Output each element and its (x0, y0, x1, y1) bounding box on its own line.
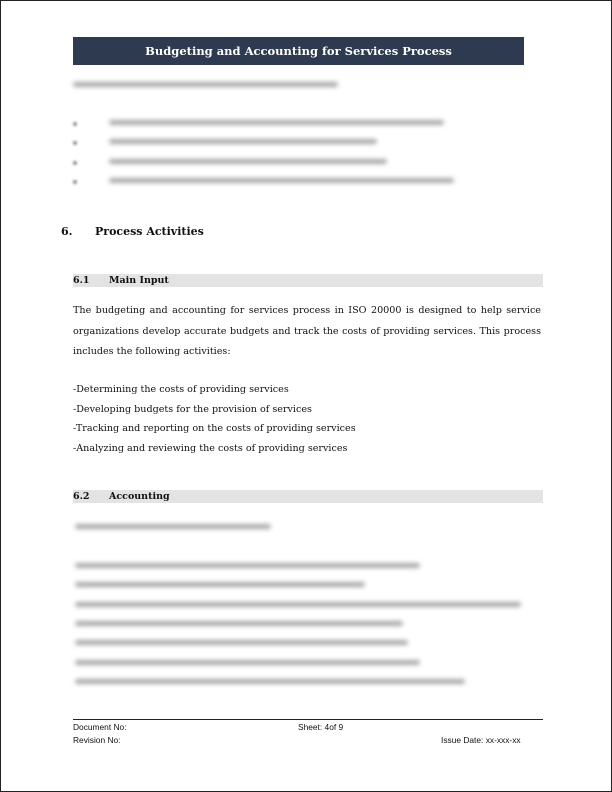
revision-number-label: Revision No: (73, 735, 120, 745)
footer-divider (73, 719, 543, 720)
issue-date: Issue Date: xx-xxx-xx (441, 735, 521, 745)
main-input-paragraph: The budgeting and accounting for service… (73, 301, 541, 363)
activity-list: -Determining the costs of providing serv… (73, 380, 356, 458)
activity-item: -Developing budgets for the provision of… (73, 400, 356, 420)
section-number: 6. (61, 225, 95, 238)
sheet-number: Sheet: 4of 9 (298, 722, 343, 732)
subsection-title: Accounting (109, 491, 170, 502)
activity-item: -Analyzing and reviewing the costs of pr… (73, 439, 356, 459)
activity-item: -Determining the costs of providing serv… (73, 380, 356, 400)
document-number-label: Document No: (73, 722, 127, 732)
section-title: Process Activities (95, 225, 204, 238)
activity-item: -Tracking and reporting on the costs of … (73, 419, 356, 439)
subsection-heading-accounting: 6.2 Accounting (73, 490, 543, 503)
document-title-bar: Budgeting and Accounting for Services Pr… (73, 37, 524, 65)
section-heading: 6. Process Activities (61, 225, 204, 238)
subsection-title: Main Input (109, 275, 169, 286)
subsection-number: 6.2 (73, 491, 109, 502)
document-page: Budgeting and Accounting for Services Pr… (0, 0, 612, 792)
document-title: Budgeting and Accounting for Services Pr… (145, 44, 452, 58)
subsection-heading-main-input: 6.1 Main Input (73, 274, 543, 287)
subsection-number: 6.1 (73, 275, 109, 286)
